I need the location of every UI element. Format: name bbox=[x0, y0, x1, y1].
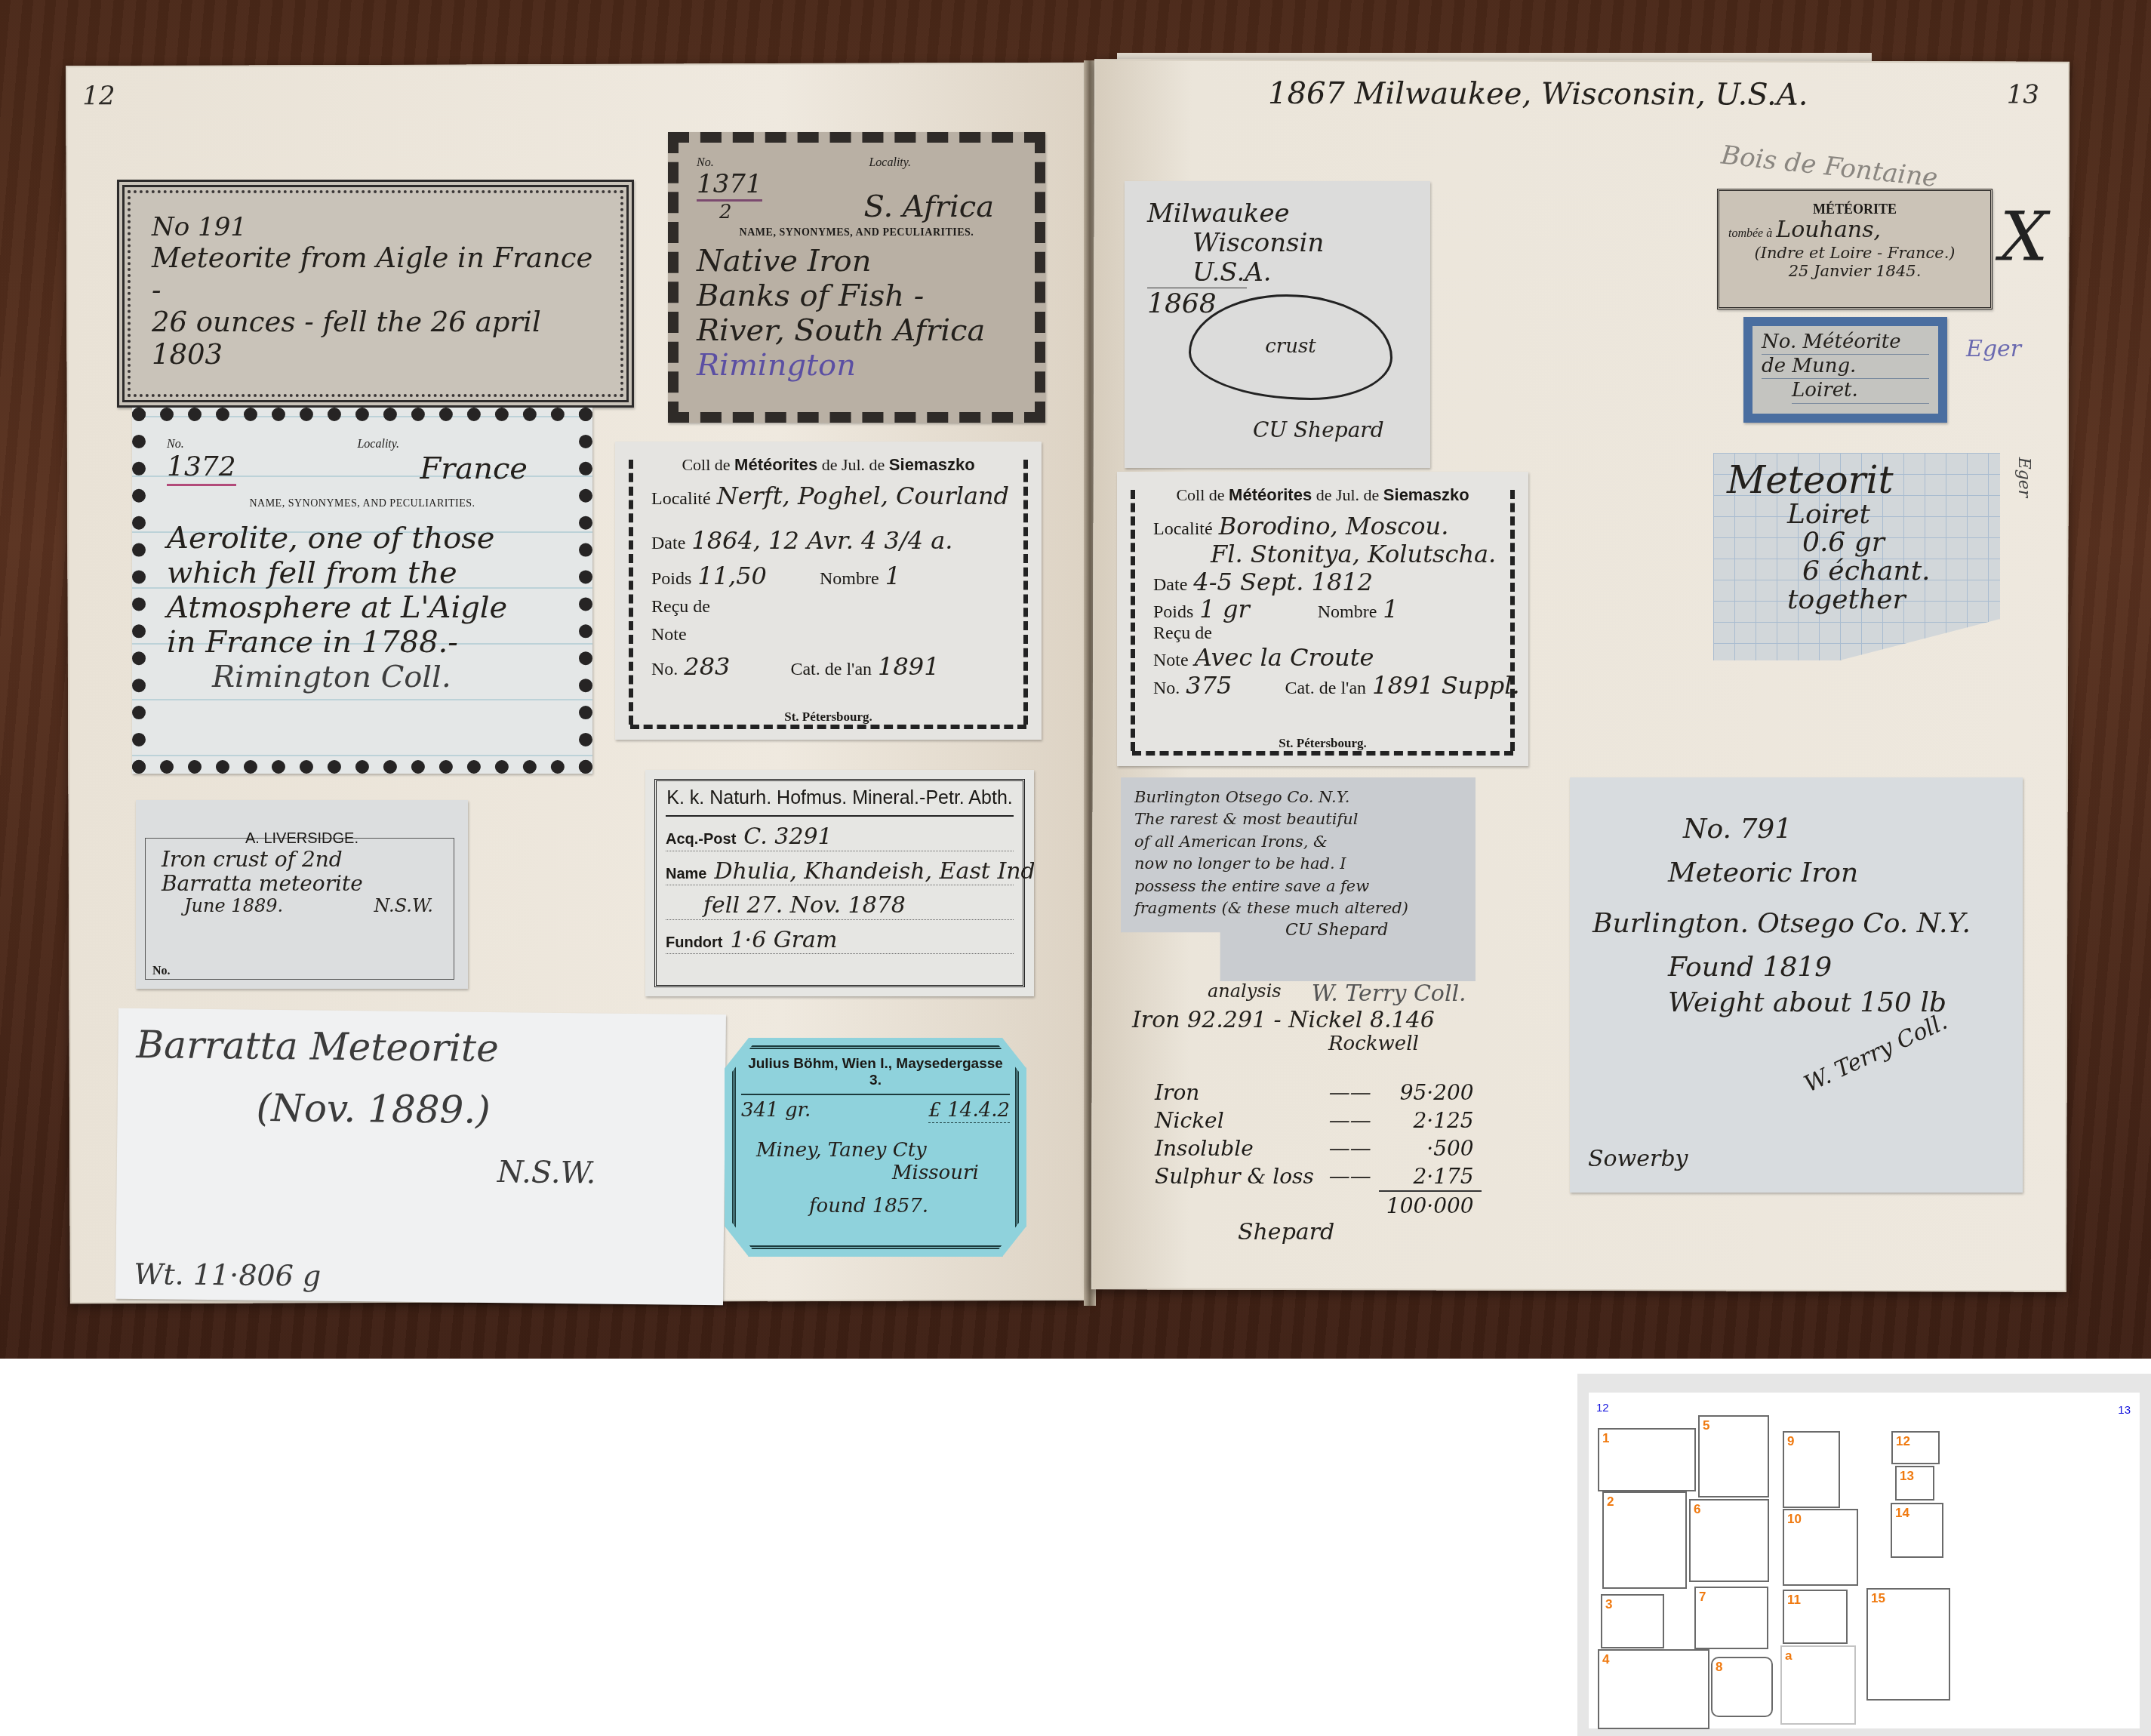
section-heading: NAME, SYNONYMES, AND PECULIARITIES. bbox=[167, 498, 558, 510]
table-total-row: 100·000 bbox=[1147, 1191, 1482, 1220]
label-line: Native Iron bbox=[697, 244, 1017, 279]
label-weight: 341 gr. bbox=[741, 1100, 811, 1123]
table-row: Insoluble——·500 bbox=[1147, 1134, 1482, 1162]
locality-value: S. Africa bbox=[863, 189, 994, 224]
diagram-box-12: 12 bbox=[1891, 1431, 1940, 1464]
diagram-box-10: 10 bbox=[1783, 1509, 1858, 1586]
note-line: The rarest & most beautiful bbox=[1134, 808, 1462, 830]
label-key-diagram: 12 13 1 2 3 4 5 6 7 8 9 10 11 a 12 13 14… bbox=[1577, 1374, 2151, 1736]
label-line: 26 ounces - fell the 26 april 1803 bbox=[152, 306, 599, 371]
locality: Burlington. Otsego Co. N.Y. bbox=[1592, 902, 2000, 946]
fundort-row: Fundort1·6 Gram bbox=[666, 928, 1014, 955]
sub-number: 2 bbox=[719, 202, 762, 224]
author: Sowerby bbox=[1588, 1141, 1688, 1177]
diagram-box-4: 4 bbox=[1598, 1649, 1709, 1729]
label-line: Loiret. bbox=[1792, 379, 1929, 403]
label-line: Aerolite, one of those bbox=[167, 521, 558, 556]
label-state: Missouri bbox=[892, 1162, 1010, 1185]
diagram-sheet: 12 13 1 2 3 4 5 6 7 8 9 10 11 a 12 13 14… bbox=[1589, 1393, 2140, 1728]
recu-row: Reçu de bbox=[1137, 623, 1509, 644]
label-date: (Nov. 1889.) bbox=[256, 1086, 707, 1134]
label-title: MÉTÉORITE bbox=[1728, 202, 1981, 217]
analyst-name: Rockwell bbox=[1328, 1033, 1540, 1056]
label-region: N.S.W. bbox=[497, 1155, 706, 1192]
diagram-box-a: a bbox=[1780, 1645, 1856, 1725]
note-line: fragments (& these much altered) bbox=[1134, 897, 1462, 919]
poids-row: Poids11,50Nombre1 bbox=[635, 562, 1022, 590]
label-line: Meteorit bbox=[1727, 460, 1986, 500]
table-row: Sulphur & loss——2·175 bbox=[1147, 1162, 1482, 1191]
double-border: K. k. Naturh. Hofmus. Mineral.-Petr. Abt… bbox=[654, 779, 1025, 987]
label-7-barratta: Barratta Meteorite (Nov. 1889.) N.S.W. W… bbox=[115, 1008, 726, 1305]
analyst-name: Shepard bbox=[1238, 1220, 1540, 1246]
specimen-sketch: crust bbox=[1189, 294, 1392, 400]
name-row: NameDhulia, Khandeish, East India bbox=[666, 859, 1014, 886]
card-header: Coll de Météorites de Jul. de Siemaszko bbox=[1137, 485, 1509, 505]
label-line: in France in 1788.- bbox=[167, 625, 558, 660]
label-6-naturhist-museum: K. k. Naturh. Hofmus. Mineral.-Petr. Abt… bbox=[645, 770, 1034, 996]
locality-caption: Locality. bbox=[357, 438, 399, 451]
label-title: Barratta Meteorite bbox=[136, 1023, 708, 1073]
collection-note: W. Terry Coll. bbox=[152, 399, 599, 408]
diagram-box-14: 14 bbox=[1891, 1503, 1943, 1558]
label-number: 1371 bbox=[697, 170, 762, 202]
label-10-siemaszko-borodino: Coll de Météorites de Jul. de Siemaszko … bbox=[1117, 472, 1528, 766]
label-number: 1372 bbox=[167, 451, 236, 486]
diagram-box-7: 7 bbox=[1694, 1587, 1768, 1649]
diagram-box-1: 1 bbox=[1598, 1428, 1696, 1491]
no-caption: No. bbox=[152, 965, 171, 978]
card-footer: St. Pétersbourg. bbox=[1132, 736, 1513, 756]
note-line: Burlington Otsego Co. N.Y. bbox=[1134, 786, 1462, 808]
label-found: found 1857. bbox=[809, 1196, 1010, 1218]
label-8-julius-bohm: Julius Böhm, Wien I., Maysedergasse 3. 3… bbox=[725, 1038, 1026, 1257]
label-line: No. Météorite bbox=[1762, 331, 1929, 355]
album-photo: 12 1867 Milwaukee, Wisconsin, U.S.A. 13 … bbox=[0, 0, 2151, 1359]
rockwell-analysis: Iron 92.291 - Nickel 8.146 bbox=[1132, 1008, 1540, 1034]
diagram-box-15: 15 bbox=[1866, 1588, 1950, 1701]
label-line: 0.6 gr bbox=[1802, 528, 1986, 557]
diagram-box-3: 3 bbox=[1601, 1594, 1664, 1648]
label-number: No 191 bbox=[152, 213, 599, 242]
note-row: NoteAvec la Croute bbox=[1137, 644, 1509, 672]
label-line: 6 échant. bbox=[1802, 557, 1986, 586]
diagram-page-right: 13 bbox=[2118, 1404, 2131, 1417]
label-region: N.S.W. bbox=[374, 896, 433, 917]
sketch-label: crust bbox=[1265, 336, 1316, 359]
eger-note: Eger bbox=[1966, 336, 2021, 362]
label-9-milwaukee: Milwaukee Wisconsin U.S.A. 1868 crust CU… bbox=[1125, 181, 1430, 468]
localite-row: LocalitéNerft, Poghel, Courland bbox=[635, 482, 1022, 510]
label-line: together bbox=[1787, 586, 1986, 614]
catalogue-row: No.283Cat. de l'an1891 bbox=[635, 653, 1022, 681]
label-number: No. 791 bbox=[1683, 808, 2000, 851]
label-line: Meteorite from Aigle in France - bbox=[152, 242, 599, 306]
signature: CU Shepard bbox=[1253, 418, 1384, 442]
place: Louhans, bbox=[1776, 217, 1881, 243]
label-date: June 1889. bbox=[184, 896, 283, 917]
label-15-burlington: No. 791 Meteoric Iron Burlington. Otsego… bbox=[1570, 777, 2023, 1193]
label-3-france: No. Locality. 1372 France NAME, SYNONYME… bbox=[132, 408, 592, 774]
cross-mark: X bbox=[1999, 197, 2048, 276]
tombee-caption: tombée à bbox=[1728, 227, 1772, 240]
label-weight: Wt. 11·806 g bbox=[134, 1258, 321, 1293]
label-line: Atmosphere at L'Aigle bbox=[167, 590, 558, 625]
localite-continued-row: Fl. Stonitya, Kolutscha. bbox=[1137, 540, 1509, 568]
diagram-box-5: 5 bbox=[1698, 1415, 1769, 1497]
note-line: of all American Irons, & bbox=[1134, 831, 1462, 853]
diagram-box-8: 8 bbox=[1711, 1657, 1773, 1717]
analysis-notes: analysis W. Terry Coll. Iron 92.291 - Ni… bbox=[1132, 981, 1540, 1283]
pencil-note: Bois de Fontaine bbox=[1719, 140, 1939, 194]
collection-note: Rimington Coll. bbox=[212, 660, 558, 694]
name-continued-row: fell 27. Nov. 1878 bbox=[666, 893, 1014, 920]
label-locality: Miney, Taney Cty bbox=[756, 1140, 1010, 1162]
label-price: £ 14.4.2 bbox=[928, 1100, 1010, 1123]
eger-note: Eger bbox=[2014, 457, 2033, 498]
section-heading: NAME, SYNONYMES, AND PECULIARITIES. bbox=[697, 227, 1017, 239]
label-12-louhans: MÉTÉORITE tombée à Louhans, (Indre et Lo… bbox=[1717, 189, 1993, 309]
label-line: River, South Africa bbox=[697, 313, 1017, 348]
locality-value: France bbox=[420, 451, 528, 486]
poids-row: Poids1 grNombre1 bbox=[1137, 596, 1509, 623]
locality-caption: Locality. bbox=[869, 156, 911, 170]
collection-note: Rimington bbox=[697, 348, 1017, 383]
acq-row: Acq.-PostC. 3291 bbox=[666, 824, 1014, 851]
analysis-table: Iron——95·200 Nickel——2·125 Insoluble——·5… bbox=[1147, 1079, 1482, 1220]
label-line: Barratta meteorite bbox=[162, 872, 456, 896]
label-4-siemaszko-nerft: Coll de Météorites de Jul. de Siemaszko … bbox=[615, 442, 1042, 740]
date-row: Date4-5 Sept. 1812 bbox=[1137, 568, 1509, 596]
table-row: Nickel——2·125 bbox=[1147, 1107, 1482, 1134]
catalogue-row: No.375Cat. de l'an1891 Suppl. bbox=[1137, 672, 1509, 700]
diagram-page-left: 12 bbox=[1596, 1402, 1609, 1414]
card-header: K. k. Naturh. Hofmus. Mineral.-Petr. Abt… bbox=[666, 781, 1014, 817]
label-title: A. LIVERSIDGE. bbox=[148, 830, 456, 848]
label-line: de Mung. bbox=[1762, 355, 1929, 379]
label-line: Banks of Fish - bbox=[697, 279, 1017, 313]
dealer-header: Julius Böhm, Wien I., Maysedergasse 3. bbox=[741, 1051, 1010, 1095]
note-row: Note bbox=[635, 625, 1022, 645]
note-line: possess the entire save a few bbox=[1134, 876, 1462, 897]
no-caption: No. bbox=[697, 156, 714, 170]
label-14-meteorit-loiret: Meteorit Loiret 0.6 gr 6 échant. togethe… bbox=[1713, 453, 2000, 660]
label-line: Iron crust of 2nd bbox=[162, 848, 456, 872]
localite-row: LocalitéBorodino, Moscou. bbox=[1137, 512, 1509, 540]
diagram-box-2: 2 bbox=[1602, 1491, 1687, 1589]
fall-date: 25 Janvier 1845. bbox=[1728, 262, 1981, 280]
collection-note: W. Terry Coll. bbox=[1312, 981, 1466, 1008]
region: (Indre et Loire - France.) bbox=[1728, 244, 1981, 262]
card-header: Coll de Météorites de Jul. de Siemaszko bbox=[635, 455, 1022, 475]
diagram-box-6: 6 bbox=[1689, 1499, 1769, 1582]
label-line: Loiret bbox=[1787, 500, 1986, 529]
analysis-heading: analysis bbox=[1208, 981, 1282, 1008]
label-5-liversidge: A. LIVERSIDGE. Iron crust of 2nd Barratt… bbox=[136, 800, 468, 989]
date-row: Date1864, 12 Avr. 4 3/4 a. bbox=[635, 527, 1022, 555]
label-1-aigle: No 191 Meteorite from Aigle in France - … bbox=[117, 180, 634, 408]
meteorite-type: Meteoric Iron bbox=[1668, 851, 2000, 895]
diagram-box-11: 11 bbox=[1783, 1590, 1848, 1644]
card-footer: St. Pétersbourg. bbox=[630, 709, 1026, 729]
label-line: which fell from the bbox=[167, 556, 558, 590]
label-2-south-africa: No. Locality. 1371 2 S. Africa NAME, SYN… bbox=[668, 132, 1045, 423]
label-line: Milwaukee bbox=[1147, 199, 1408, 229]
right-page-number: 13 bbox=[2007, 79, 2039, 109]
diagram-box-13: 13 bbox=[1895, 1466, 1934, 1501]
label-13-mung-loiret: No. Météorite de Mung. Loiret. bbox=[1743, 317, 1947, 423]
right-page-heading: 1867 Milwaukee, Wisconsin, U.S.A. bbox=[1268, 76, 1808, 112]
label-line: Wisconsin U.S.A. bbox=[1192, 229, 1408, 288]
signature: CU Shepard bbox=[1285, 919, 1462, 943]
table-row: Iron——95·200 bbox=[1147, 1079, 1482, 1107]
no-caption: No. bbox=[167, 438, 184, 451]
left-page-number: 12 bbox=[82, 81, 115, 111]
recu-row: Reçu de bbox=[635, 597, 1022, 617]
note-line: now no longer to be had. I bbox=[1134, 853, 1462, 875]
diagram-box-9: 9 bbox=[1783, 1431, 1840, 1508]
